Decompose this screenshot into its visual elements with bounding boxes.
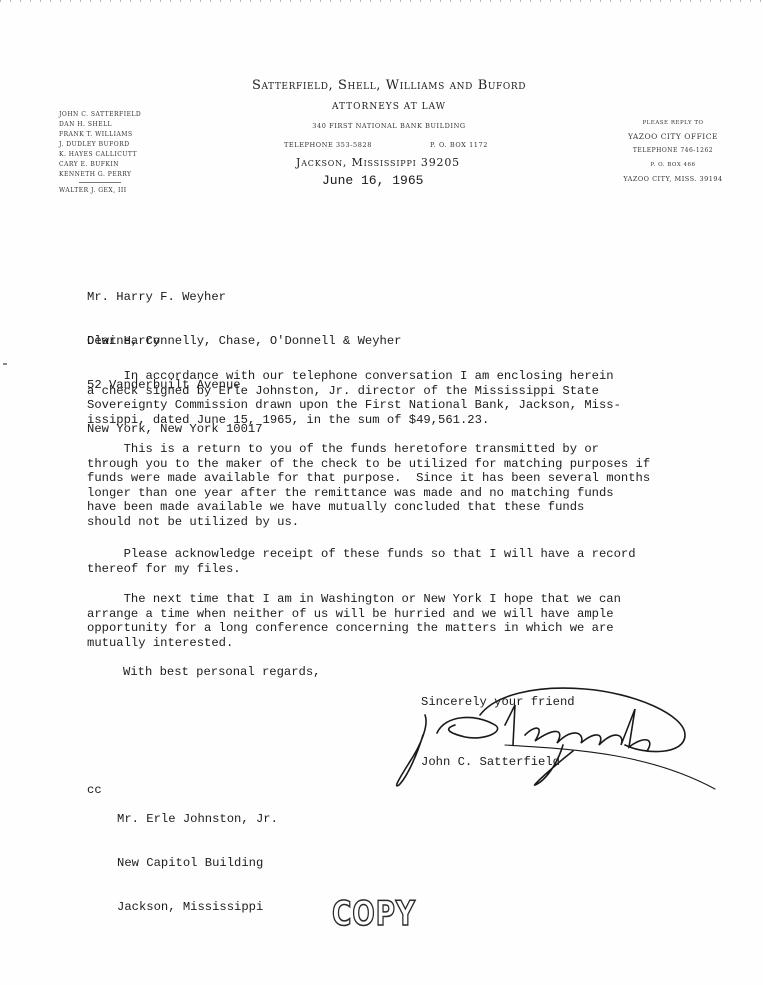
partner-name: K. HAYES CALLICUTT: [59, 150, 141, 160]
cc-city: Jackson, Mississippi: [117, 900, 278, 915]
cc-label: cc: [87, 783, 117, 944]
body-paragraph: This is a return to you of the funds her…: [87, 442, 650, 530]
partner-name: KENNETH G. PERRY: [59, 170, 141, 180]
reply-to-block: PLEASE REPLY TO YAZOO CITY OFFICE TELEPH…: [600, 116, 746, 186]
reply-po-box: P. O. BOX 466: [600, 158, 746, 172]
body-paragraph: The next time that I am in Washington or…: [87, 592, 621, 650]
recipient-address: Mr. Harry F. Weyher Olwine, Connelly, Ch…: [87, 261, 402, 465]
firm-telephone: TELEPHONE 353-5828: [284, 141, 372, 149]
margin-mark: [3, 363, 7, 365]
associate-name: WALTER J. GEX, III: [59, 186, 141, 196]
signer-name: John C. Satterfield: [421, 755, 560, 770]
closing-regards: With best personal regards,: [123, 665, 320, 680]
cc-name: Mr. Erle Johnston, Jr.: [117, 812, 278, 827]
firm-address: 340 FIRST NATIONAL BANK BUILDING: [200, 122, 578, 130]
firm-subtitle: ATTORNEYS AT LAW: [200, 102, 578, 112]
cc-building: New Capitol Building: [117, 856, 278, 871]
reply-label: PLEASE REPLY TO: [600, 116, 746, 130]
body-paragraph: In accordance with our telephone convers…: [87, 369, 621, 427]
copy-stamp: COPY: [332, 894, 416, 934]
firm-po-box: P. O. BOX 1172: [430, 141, 488, 149]
firm-name: Satterfield, Shell, Williams and Buford: [200, 78, 578, 93]
firm-city: Jackson, Mississippi 39205: [296, 156, 460, 169]
body-paragraph: Please acknowledge receipt of these fund…: [87, 547, 636, 576]
partners-list: JOHN C. SATTERFIELD DAN H. SHELL FRANK T…: [59, 110, 141, 196]
valediction: Sincerely your friend: [421, 695, 575, 710]
partner-name: DAN H. SHELL: [59, 120, 141, 130]
cc-recipient: Mr. Erle Johnston, Jr. New Capitol Build…: [117, 783, 278, 944]
reply-city: YAZOO CITY, MISS. 39194: [600, 172, 746, 186]
reply-telephone: TELEPHONE 746-1262: [600, 144, 746, 158]
partner-name: CARY E. BUFKIN: [59, 160, 141, 170]
salutation: Dear Harry: [87, 334, 160, 349]
partner-name: FRANK T. WILLIAMS: [59, 130, 141, 140]
cc-block: cc Mr. Erle Johnston, Jr. New Capitol Bu…: [87, 783, 278, 944]
reply-office: YAZOO CITY OFFICE: [600, 130, 746, 144]
partner-name: JOHN C. SATTERFIELD: [59, 110, 141, 120]
partner-name: J. DUDLEY BUFORD: [59, 140, 141, 150]
scan-edge-marks: [0, 0, 763, 2]
partners-divider: [79, 182, 121, 183]
letter-date: June 16, 1965: [322, 173, 423, 188]
recipient-name: Mr. Harry F. Weyher: [87, 290, 402, 305]
letter-page: Satterfield, Shell, Williams and Buford …: [0, 0, 763, 985]
